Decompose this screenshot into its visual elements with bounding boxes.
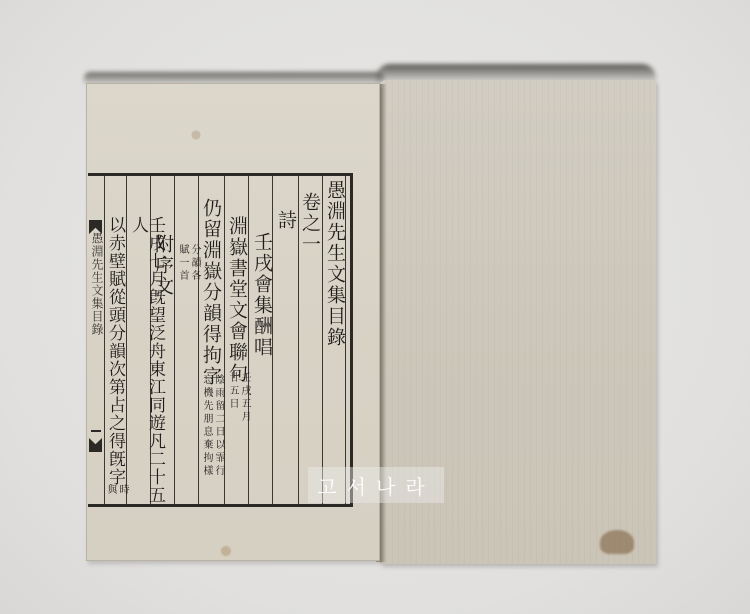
toc-entry: 淵嶽書堂文會聯句 (227, 216, 246, 384)
column-rule (126, 176, 127, 504)
column-rule (174, 176, 175, 504)
toc-entry: 仍留淵嶽分韻得拘字 (201, 198, 220, 387)
toc-entry: 壬戌會集酬唱 (252, 232, 271, 358)
fishtail-bottom-icon (89, 438, 102, 452)
toc-entry-note: 時 與 (105, 484, 127, 497)
column-rule (248, 176, 249, 504)
column-rule (198, 176, 199, 504)
printed-frame: 愚淵先生文集目錄 愚淵先生文集目錄 卷之一 詩 壬戌會集酬唱 淵嶽書堂文會聯句 … (88, 173, 353, 507)
volume-label: 卷之一 (300, 192, 319, 255)
toc-entry: 壬戌七月旣望泛舟東江同遊凡二十五人 (129, 216, 163, 504)
toc-entry-note: 分韻各 賦一首 (177, 244, 199, 283)
toc-entry-note: 壬戌五月 廿五日 (227, 372, 249, 424)
column-rule (322, 176, 323, 504)
fold-margin-page-number (91, 430, 101, 432)
fold-margin-title: 愚淵先生文集目錄 (89, 232, 106, 336)
water-stain (600, 530, 634, 554)
section-poetry: 詩 (276, 210, 295, 231)
toc-entry: 以赤壁賦從頭分韻次第占之得旣字 (106, 216, 123, 486)
fold-margin: 愚淵先生文集目錄 (88, 176, 105, 504)
column-rule (224, 176, 225, 504)
toc-entry-note: 陰雨留二日以霏行 忘機先朋息棄拘樣 (201, 374, 223, 478)
watermark: 고서나라 (308, 467, 444, 503)
book-title: 愚淵先生文集目錄 (325, 180, 344, 348)
